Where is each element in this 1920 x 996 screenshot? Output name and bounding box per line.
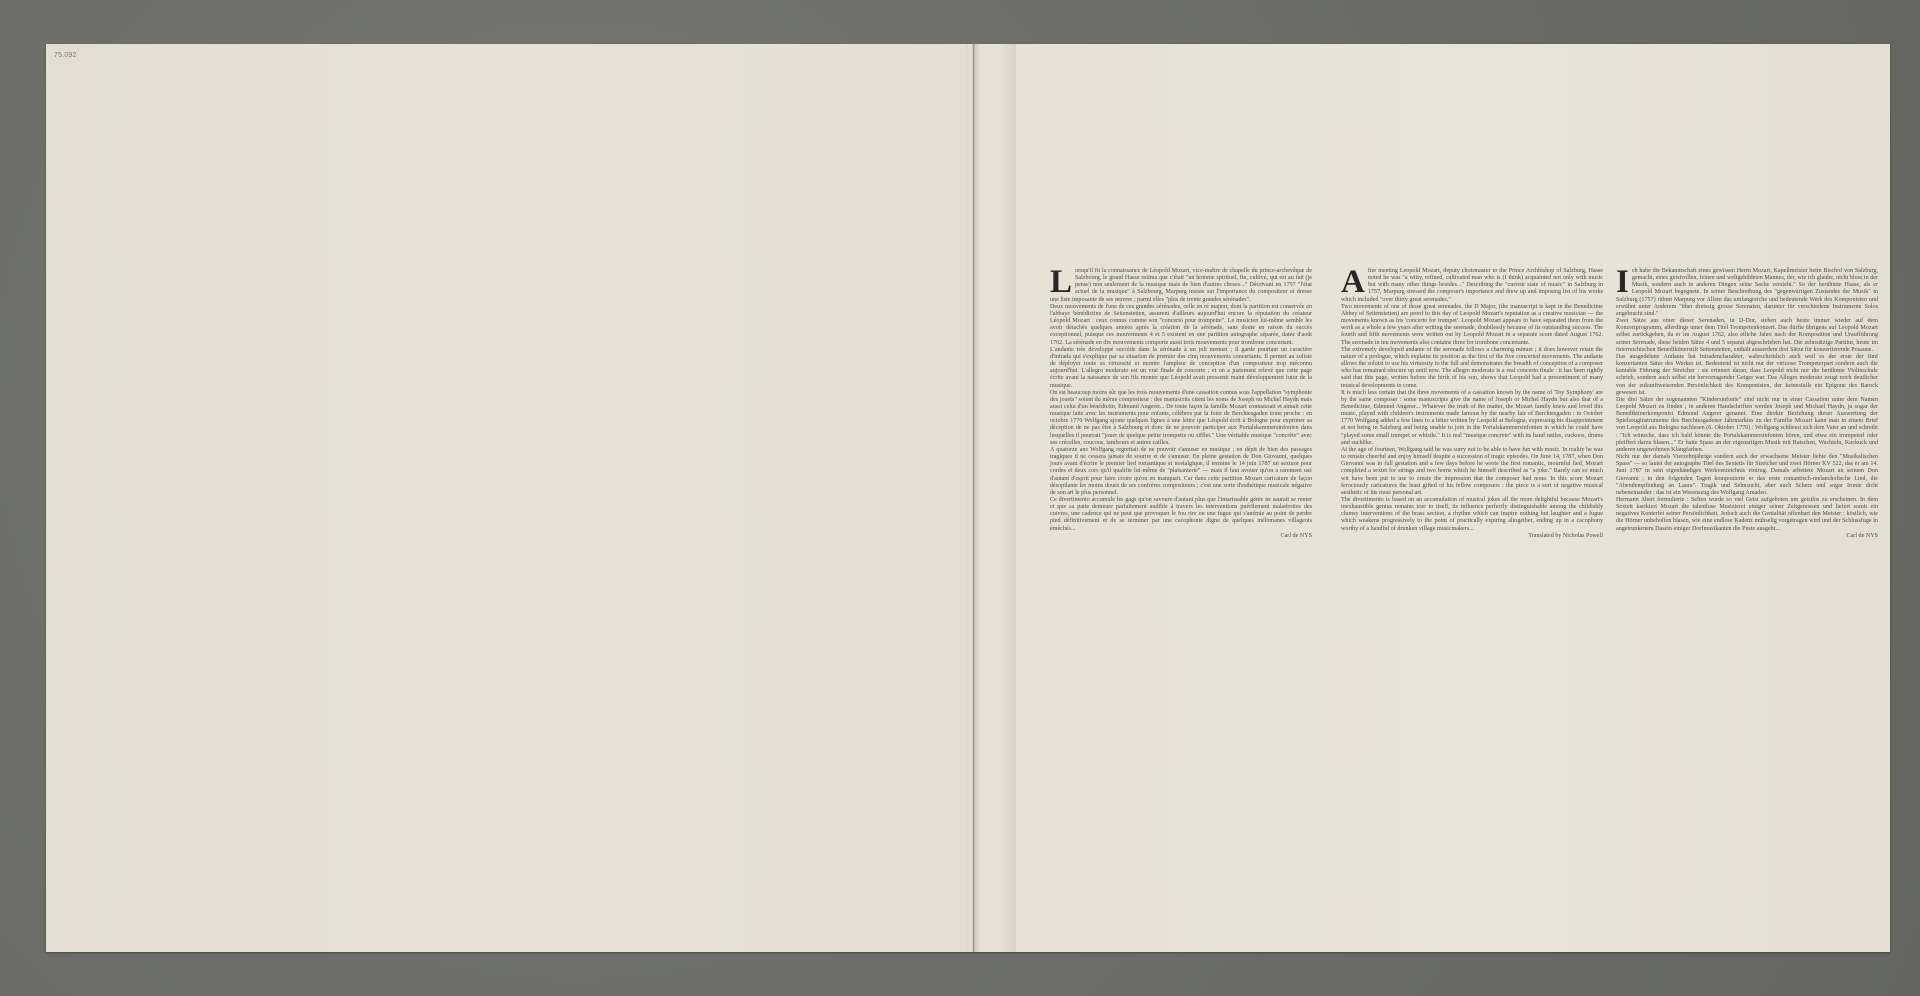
paragraph: Zwei Sätze aus einer dieser Serenaden, i… xyxy=(1616,318,1878,354)
left-panel: 75.092 xyxy=(46,44,967,952)
paragraph: Ce divertimento accumule les gags qu'on … xyxy=(1050,497,1312,533)
paragraph: Deux mouvements de l'une de ces grandes … xyxy=(1050,304,1312,347)
translator-credit: Translated by Nicholas Powell xyxy=(1341,533,1603,540)
paragraph: Ich habe die Bekanntschaft eines gewisse… xyxy=(1616,268,1878,318)
author-signature: Carl de NYS xyxy=(1050,533,1312,540)
drop-cap: I xyxy=(1616,269,1629,296)
album-sleeve-spread: 75.092 Lorsqu'il fit la connaissance de … xyxy=(46,44,1890,952)
paragraph: It is much less certain that the three m… xyxy=(1341,390,1603,447)
paragraph: At the age of fourteen, Wolfgang said he… xyxy=(1341,447,1603,497)
paragraph: Nicht nur der damals Vierzehnjährige son… xyxy=(1616,454,1878,497)
paragraph: A quatorze ans Wolfgang regrettait de ne… xyxy=(1050,447,1312,497)
liner-notes-german: Ich habe die Bekanntschaft eines gewisse… xyxy=(1616,268,1878,540)
paragraph: On est beaucoup moins sûr que les trois … xyxy=(1050,390,1312,447)
paragraph: The divertimento is based on an accumula… xyxy=(1341,497,1603,533)
paragraph: After meeting Leopold Mozart, deputy cho… xyxy=(1341,268,1603,304)
spine-fold xyxy=(966,44,1016,952)
right-panel-liner-notes: Lorsqu'il fit la connaissance de Léopold… xyxy=(1016,44,1890,952)
drop-cap: L xyxy=(1050,269,1072,296)
paragraph: Two movements of one of those great sere… xyxy=(1341,304,1603,347)
liner-notes-english: After meeting Leopold Mozart, deputy cho… xyxy=(1341,268,1603,540)
paragraph: Lorsqu'il fit la connaissance de Léopold… xyxy=(1050,268,1312,304)
author-signature: Carl de NYS xyxy=(1616,533,1878,540)
paragraph: L'andante très développé succède dans la… xyxy=(1050,347,1312,390)
paragraph: The extremely developed andante of the s… xyxy=(1341,347,1603,390)
catalogue-number: 75.092 xyxy=(54,52,77,59)
paragraph: Das ausgedehnte Andante hat Intradenchar… xyxy=(1616,354,1878,397)
drop-cap: A xyxy=(1341,269,1365,296)
paragraph: Hermann Abert formulierte : Selten wurde… xyxy=(1616,497,1878,533)
paragraph: Die drei Sätze der sogenannten "Kindersi… xyxy=(1616,397,1878,454)
liner-notes-french: Lorsqu'il fit la connaissance de Léopold… xyxy=(1050,268,1312,540)
